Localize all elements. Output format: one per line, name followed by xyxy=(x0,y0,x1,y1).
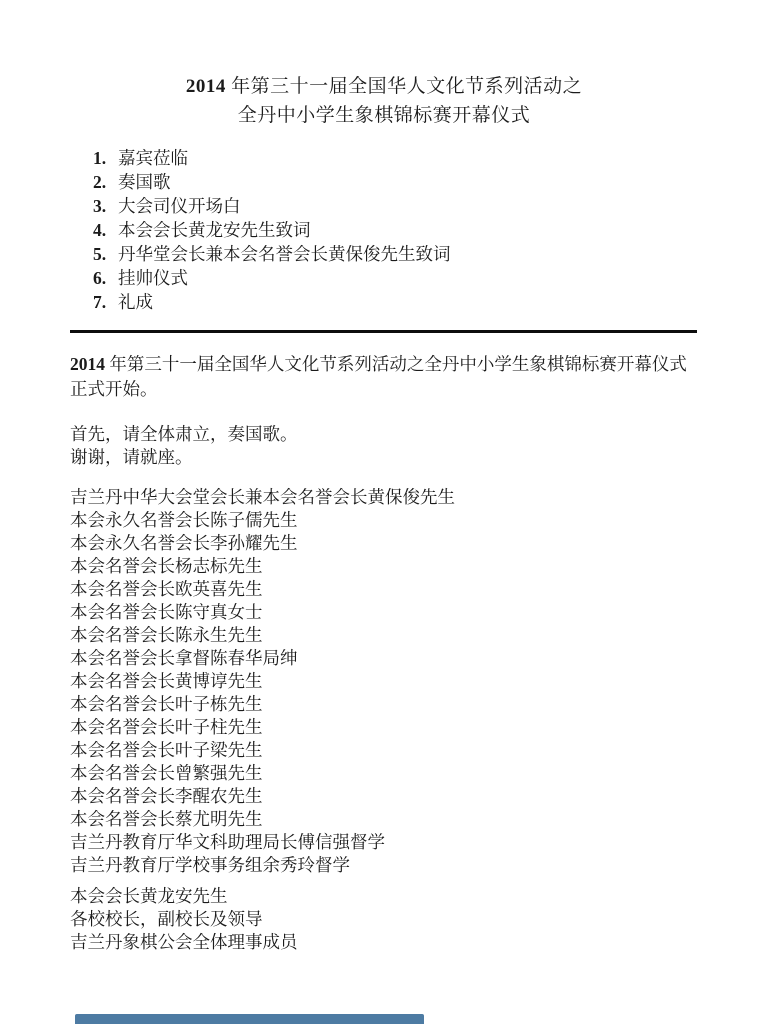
guest-line: 本会永久名誉会长李孙耀先生 xyxy=(70,532,702,555)
opening-text: 年第三十一届全国华人文化节系列活动之全丹中小学生象棋锦标赛开幕仪式正式开始。 xyxy=(70,354,687,399)
title-line-1-text: 年第三十一届全国华人文化节系列活动之 xyxy=(226,76,582,97)
agenda-item-number: 5. xyxy=(93,242,118,266)
next-page-edge-bar xyxy=(75,1014,424,1024)
guest-line: 吉兰丹中华大会堂会长兼本会名誉会长黄保俊先生 xyxy=(70,486,702,509)
title-line-1: 2014 年第三十一届全国华人文化节系列活动之 xyxy=(0,72,768,101)
guest-line: 吉兰丹教育厅华文科助理局长傅信强督学 xyxy=(70,831,702,854)
document-page: 2014 年第三十一届全国华人文化节系列活动之 全丹中小学生象棋锦标赛开幕仪式 … xyxy=(0,0,768,1024)
opening-year: 2014 xyxy=(70,354,105,374)
agenda-item-number: 7. xyxy=(93,290,118,314)
agenda-list: 1.嘉宾莅临 2.奏国歌 3.大会司仪开场白 4.本会会长黄龙安先生致词 5.丹… xyxy=(93,146,768,314)
agenda-item-text: 本会会长黄龙安先生致词 xyxy=(118,218,311,242)
agenda-item: 5.丹华堂会长兼本会名誉会长黄保俊先生致词 xyxy=(93,242,768,266)
guest-line: 本会永久名誉会长陈子儒先生 xyxy=(70,509,702,532)
agenda-item: 2.奏国歌 xyxy=(93,170,768,194)
agenda-item-text: 嘉宾莅临 xyxy=(118,146,188,170)
closing-line: 本会会长黄龙安先生 xyxy=(70,885,702,908)
stage-line: 首先，请全体肃立，奏国歌。 xyxy=(70,423,702,446)
closing-line: 各校校长，副校长及领导 xyxy=(70,908,702,931)
agenda-item: 1.嘉宾莅临 xyxy=(93,146,768,170)
guest-line: 本会名誉会长叶子柱先生 xyxy=(70,716,702,739)
agenda-item-number: 3. xyxy=(93,194,118,218)
title-line-2: 全丹中小学生象棋锦标赛开幕仪式 xyxy=(0,101,768,130)
guest-line: 本会名誉会长拿督陈春华局绅 xyxy=(70,647,702,670)
guest-line: 本会名誉会长曾繁强先生 xyxy=(70,762,702,785)
guest-line: 吉兰丹教育厅学校事务组余秀玲督学 xyxy=(70,854,702,877)
stage-directions: 首先，请全体肃立，奏国歌。 谢谢，请就座。 xyxy=(70,423,702,469)
agenda-item-number: 4. xyxy=(93,218,118,242)
closing-line: 吉兰丹象棋公会全体理事成员 xyxy=(70,931,702,954)
guest-line: 本会名誉会长黄博谆先生 xyxy=(70,670,702,693)
guest-line: 本会名誉会长陈守真女士 xyxy=(70,601,702,624)
guest-line: 本会名誉会长杨志标先生 xyxy=(70,555,702,578)
agenda-item-number: 6. xyxy=(93,266,118,290)
opening-paragraph: 2014 年第三十一届全国华人文化节系列活动之全丹中小学生象棋锦标赛开幕仪式正式… xyxy=(70,352,702,402)
agenda-item-text: 奏国歌 xyxy=(118,170,171,194)
closing-list: 本会会长黄龙安先生 各校校长，副校长及领导 吉兰丹象棋公会全体理事成员 xyxy=(70,885,702,954)
agenda-item-text: 礼成 xyxy=(118,290,153,314)
agenda-item: 7.礼成 xyxy=(93,290,768,314)
agenda-item-number: 2. xyxy=(93,170,118,194)
section-divider-rule xyxy=(70,330,697,333)
guest-line: 本会名誉会长叶子梁先生 xyxy=(70,739,702,762)
guest-line: 本会名誉会长蔡尤明先生 xyxy=(70,808,702,831)
agenda-item-text: 挂帅仪式 xyxy=(118,266,188,290)
guest-line: 本会名誉会长欧英喜先生 xyxy=(70,578,702,601)
guest-line: 本会名誉会长李醒农先生 xyxy=(70,785,702,808)
agenda-item-text: 丹华堂会长兼本会名誉会长黄保俊先生致词 xyxy=(118,242,451,266)
title-year: 2014 xyxy=(186,76,226,97)
agenda-item: 3.大会司仪开场白 xyxy=(93,194,768,218)
agenda-item: 6.挂帅仪式 xyxy=(93,266,768,290)
agenda-item: 4.本会会长黄龙安先生致词 xyxy=(93,218,768,242)
document-title: 2014 年第三十一届全国华人文化节系列活动之 全丹中小学生象棋锦标赛开幕仪式 xyxy=(0,0,768,130)
guest-line: 本会名誉会长陈永生先生 xyxy=(70,624,702,647)
agenda-item-number: 1. xyxy=(93,146,118,170)
stage-line: 谢谢，请就座。 xyxy=(70,446,702,469)
guest-line: 本会名誉会长叶子栋先生 xyxy=(70,693,702,716)
agenda-item-text: 大会司仪开场白 xyxy=(118,194,241,218)
guest-honorifics-list: 吉兰丹中华大会堂会长兼本会名誉会长黄保俊先生 本会永久名誉会长陈子儒先生 本会永… xyxy=(70,486,702,877)
